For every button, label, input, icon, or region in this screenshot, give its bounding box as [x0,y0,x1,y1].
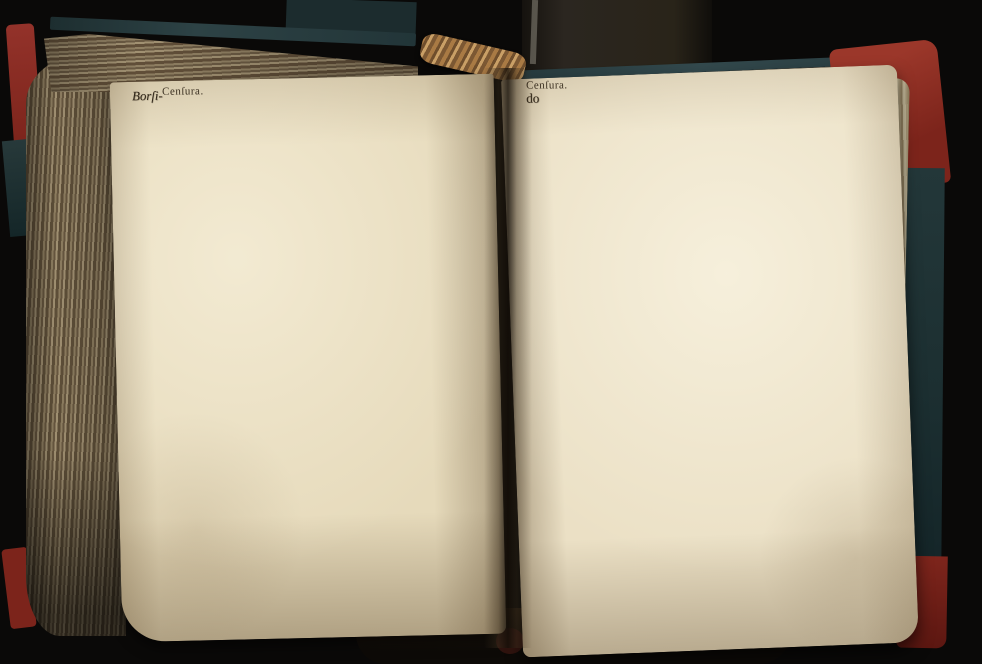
catchword-right: do [526,90,569,106]
catchword-left: Borſi- [132,89,189,105]
book-cradle-strap [522,0,712,71]
left-page [110,74,507,643]
right-page [501,65,919,658]
book-photograph: Cenſura. ſer filho de Nabuchdonoſor ſcre… [0,0,982,664]
gutter-shadow [484,68,532,648]
